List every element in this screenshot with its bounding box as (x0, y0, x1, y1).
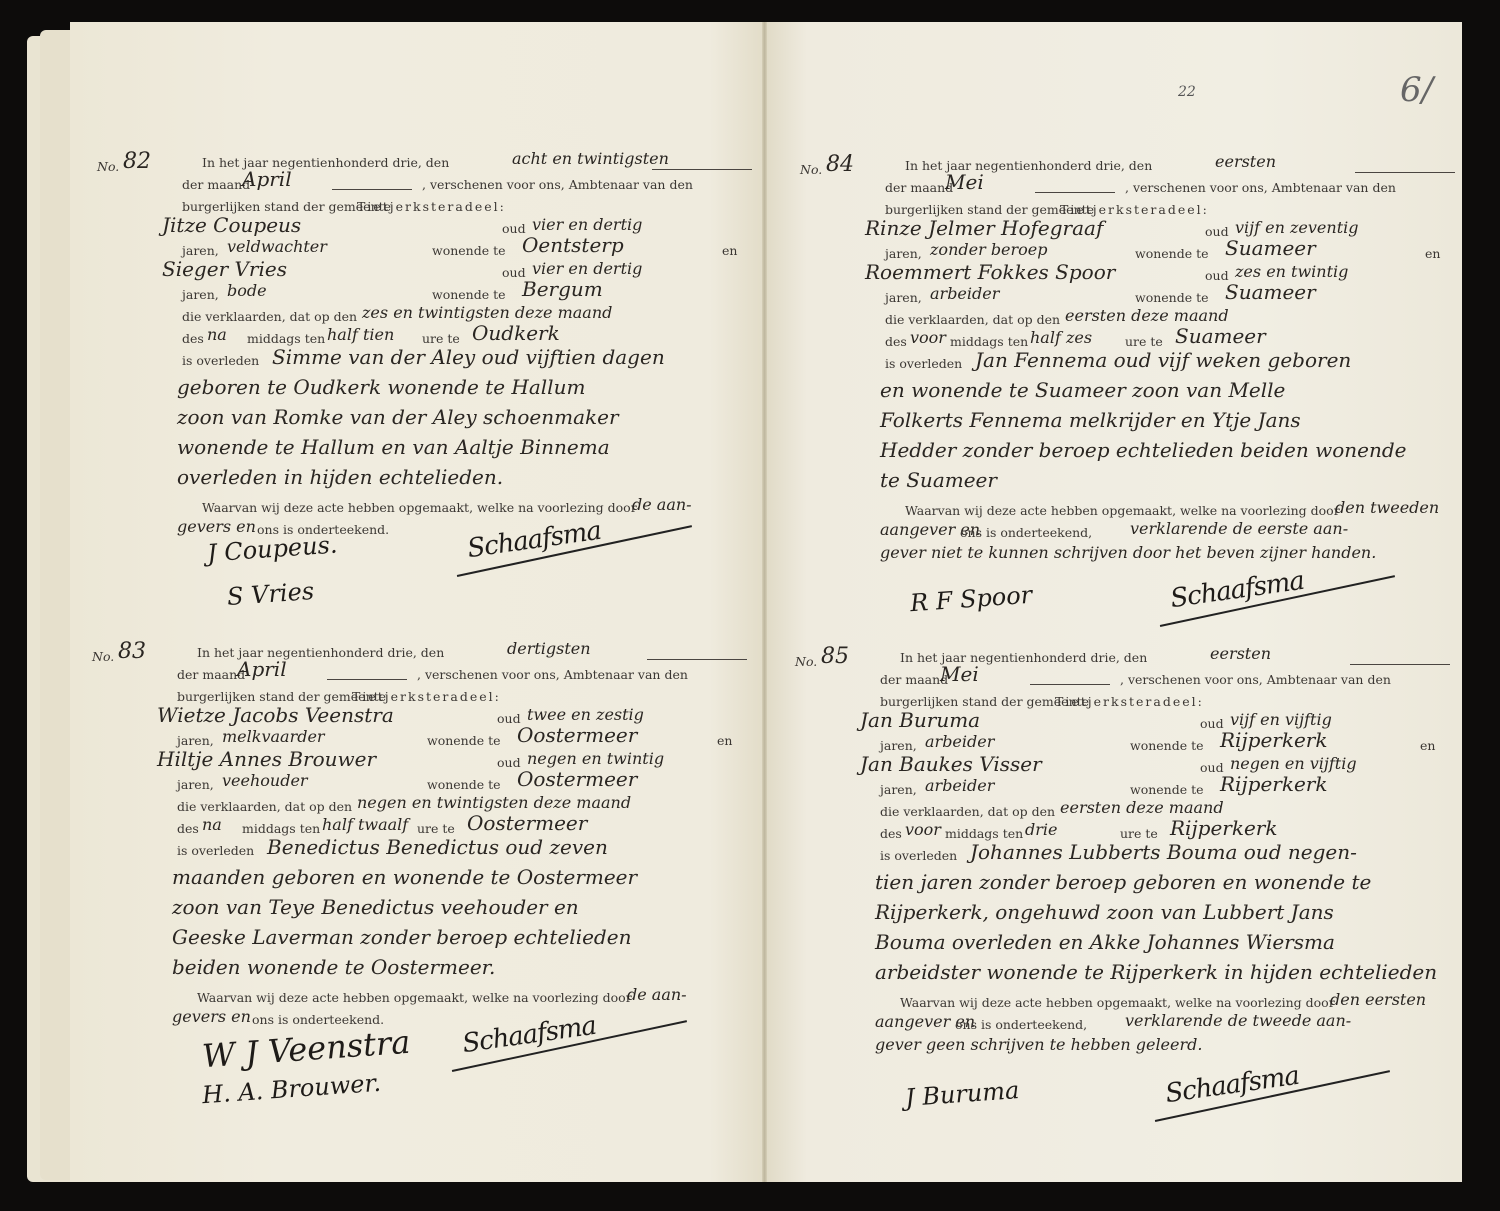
informant2-name: Sieger Vries (162, 257, 287, 281)
closing-extra: gever niet te kunnen schrijven door het … (880, 543, 1376, 562)
deceased-text-line: Hedder zonder beroep echtelieden beiden … (880, 438, 1407, 462)
printed-middags-ten: middags ten (950, 334, 1028, 349)
printed-closing: Waarvan wij deze acte hebben opgemaakt, … (900, 995, 1335, 1010)
printed-line2a: der maand (182, 177, 250, 192)
entry-month: April (242, 167, 292, 191)
municipality-name: Tietjerksteradeel: (352, 689, 501, 704)
printed-line2b: , verschenen voor ons, Ambtenaar van den (1120, 672, 1391, 687)
closing-hand-a: den tweeden (1335, 498, 1439, 517)
closing-extra: verklarende de tweede aan- (1125, 1011, 1351, 1030)
printed-wonende-te: wonende te (1130, 738, 1204, 753)
printed-is-overleden: is overleden (880, 848, 957, 863)
am-pm: na (207, 325, 227, 344)
municipality-name: Tietjerksteradeel: (1060, 202, 1209, 217)
printed-verklaarden: die verklaarden, dat op den (177, 799, 352, 814)
right-edge-shadow (1462, 0, 1500, 1211)
printed-ure-te: ure te (422, 331, 460, 346)
printed-des: des (177, 821, 199, 836)
printed-line2a: der maand (885, 180, 953, 195)
entry-day: eersten (1210, 644, 1271, 663)
informant1-name: Wietze Jacobs Veenstra (157, 703, 394, 727)
register-entry: No.82In het jaar negentienhonderd drie, … (97, 155, 737, 575)
entry-month: April (237, 657, 287, 681)
fill-line (332, 189, 412, 190)
deceased-text-line: zoon van Teye Benedictus veehouder en (172, 895, 579, 919)
printed-closing-2: ons is onderteekend, (960, 525, 1092, 540)
entry-day: dertigsten (507, 639, 591, 658)
printed-wonende-te: wonende te (427, 733, 501, 748)
deceased-text-line: geboren te Oudkerk wonende te Hallum (177, 375, 585, 399)
informant2-age: negen en twintig (527, 749, 664, 768)
printed-line2b: , verschenen voor ons, Ambtenaar van den (422, 177, 693, 192)
informant1-name: Jitze Coupeus (162, 213, 301, 237)
deceased-text-line: te Suameer (880, 468, 997, 492)
deceased-text-line: Benedictus Benedictus oud zeven (267, 835, 608, 859)
printed-en: en (1420, 738, 1435, 753)
printed-verklaarden: die verklaarden, dat op den (182, 309, 357, 324)
printed-is-overleden: is overleden (177, 843, 254, 858)
printed-line1: In het jaar negentienhonderd drie, den (202, 155, 449, 170)
printed-middags-ten: middags ten (945, 826, 1023, 841)
informant2-occupation: arbeider (930, 284, 999, 303)
printed-line2a: der maand (177, 667, 245, 682)
death-place: Oostermeer (467, 811, 587, 835)
printed-line2a: der maand (880, 672, 948, 687)
deceased-text-line: tien jaren zonder beroep geboren en wone… (875, 870, 1371, 894)
printed-jaren: jaren, (177, 733, 214, 748)
printed-en: en (722, 243, 737, 258)
printed-wonende-te: wonende te (1135, 290, 1209, 305)
closing-extra: verklarende de eerste aan- (1130, 519, 1348, 538)
printed-jaren: jaren, (182, 287, 219, 302)
deceased-text-line: overleden in hijden echtelieden. (177, 465, 503, 489)
printed-middags-ten: middags ten (247, 331, 325, 346)
printed-wonende-te: wonende te (432, 287, 506, 302)
printed-des: des (885, 334, 907, 349)
printed-jaren: jaren, (885, 290, 922, 305)
death-time: half zes (1030, 328, 1092, 347)
deceased-text-line: en wonende te Suameer zoon van Melle (880, 378, 1285, 402)
closing-hand-a: den eersten (1330, 990, 1426, 1009)
deceased-text-line: arbeidster wonende te Rijperkerk in hijd… (875, 960, 1437, 984)
death-time: half tien (327, 325, 394, 344)
fill-line (1035, 192, 1115, 193)
deceased-text-line: beiden wonende te Oostermeer. (172, 955, 495, 979)
informant2-occupation: veehouder (222, 771, 308, 790)
death-place: Rijperkerk (1170, 816, 1278, 840)
printed-is-overleden: is overleden (182, 353, 259, 368)
printed-closing-2: ons is onderteekend, (955, 1017, 1087, 1032)
entry-no-label: No. (97, 159, 119, 174)
death-day: eersten deze maand (1060, 798, 1224, 817)
deceased-text-line: maanden geboren en wonende te Oostermeer (172, 865, 637, 889)
printed-line2b: , verschenen voor ons, Ambtenaar van den (417, 667, 688, 682)
entry-day: eersten (1215, 152, 1276, 171)
fill-line (652, 169, 752, 170)
printed-line1: In het jaar negentienhonderd drie, den (197, 645, 444, 660)
informant1-occupation: arbeider (925, 732, 994, 751)
printed-verklaarden: die verklaarden, dat op den (885, 312, 1060, 327)
informant2-residence: Bergum (522, 277, 603, 301)
informant1-occupation: melkvaarder (222, 727, 325, 746)
book-gutter (762, 22, 767, 1182)
closing-hand-a: de aan- (627, 985, 687, 1004)
closing-hand-b: gevers en (177, 517, 256, 536)
fill-line (1355, 172, 1455, 173)
informant1-name: Jan Buruma (860, 708, 980, 732)
entry-day: acht en twintigsten (512, 149, 669, 168)
fill-line (1350, 664, 1450, 665)
deceased-text-line: Folkerts Fennema melkrijder en Ytje Jans (880, 408, 1301, 432)
entry-no-label: No. (795, 654, 817, 669)
deceased-text-line: Jan Fennema oud vijf weken geboren (975, 348, 1351, 372)
printed-verklaarden: die verklaarden, dat op den (880, 804, 1055, 819)
informant1-residence: Oentsterp (522, 233, 624, 257)
fill-line (647, 659, 747, 660)
informant1-age: vijf en vijftig (1230, 710, 1332, 729)
printed-closing: Waarvan wij deze acte hebben opgemaakt, … (197, 990, 632, 1005)
closing-hand-b: gevers en (172, 1007, 251, 1026)
informant2-residence: Oostermeer (517, 767, 637, 791)
printed-wonende-te: wonende te (1135, 246, 1209, 261)
deceased-text-line: Geeske Laverman zonder beroep echteliede… (172, 925, 631, 949)
death-place: Oudkerk (472, 321, 560, 345)
printed-closing-2: ons is onderteekend. (252, 1012, 384, 1027)
am-pm: na (202, 815, 222, 834)
informant2-residence: Suameer (1225, 280, 1316, 304)
death-day: eersten deze maand (1065, 306, 1229, 325)
entry-month: Mei (945, 170, 984, 194)
deceased-text-line: Johannes Lubberts Bouma oud negen- (970, 840, 1357, 864)
printed-wonende-te: wonende te (1130, 782, 1204, 797)
entry-number: 84 (826, 152, 854, 177)
printed-wonende-te: wonende te (427, 777, 501, 792)
am-pm: voor (910, 328, 946, 347)
informant2-residence: Rijperkerk (1220, 772, 1328, 796)
entry-month: Mei (940, 662, 979, 686)
municipality-name: Tietjerksteradeel: (357, 199, 506, 214)
printed-ure-te: ure te (417, 821, 455, 836)
deceased-text-line: zoon van Romke van der Aley schoenmaker (177, 405, 619, 429)
register-entry: No.84In het jaar negentienhonderd drie, … (800, 158, 1440, 578)
informant2-age: zes en twintig (1235, 262, 1348, 281)
am-pm: voor (905, 820, 941, 839)
deceased-text-line: Simme van der Aley oud vijftien dagen (272, 345, 665, 369)
printed-line1: In het jaar negentienhonderd drie, den (900, 650, 1147, 665)
entry-number: 82 (123, 149, 151, 174)
fill-line (327, 679, 407, 680)
informant2-name: Jan Baukes Visser (860, 752, 1042, 776)
printed-jaren: jaren, (182, 243, 219, 258)
printed-ure-te: ure te (1125, 334, 1163, 349)
closing-extra: gever geen schrijven te hebben geleerd. (875, 1035, 1202, 1054)
printed-ure-te: ure te (1120, 826, 1158, 841)
page-number: 22 (1178, 84, 1196, 100)
printed-closing: Waarvan wij deze acte hebben opgemaakt, … (905, 503, 1340, 518)
informant1-residence: Suameer (1225, 236, 1316, 260)
informant1-occupation: veldwachter (227, 237, 327, 256)
fill-line (1030, 684, 1110, 685)
printed-line1: In het jaar negentienhonderd drie, den (905, 158, 1152, 173)
printed-jaren: jaren, (885, 246, 922, 261)
register-entry: No.83In het jaar negentienhonderd drie, … (92, 645, 732, 1065)
printed-jaren: jaren, (880, 738, 917, 753)
death-day: zes en twintigsten deze maand (362, 303, 612, 322)
printed-line2b: , verschenen voor ons, Ambtenaar van den (1125, 180, 1396, 195)
entry-no-label: No. (92, 649, 114, 664)
printed-middags-ten: middags ten (242, 821, 320, 836)
printed-is-overleden: is overleden (885, 356, 962, 371)
informant2-age: negen en vijftig (1230, 754, 1357, 773)
informant1-name: Rinze Jelmer Hofegraaf (865, 216, 1103, 240)
printed-wonende-te: wonende te (432, 243, 506, 258)
register-entry: No.85In het jaar negentienhonderd drie, … (795, 650, 1435, 1070)
printed-en: en (1425, 246, 1440, 261)
printed-closing: Waarvan wij deze acte hebben opgemaakt, … (202, 500, 637, 515)
printed-jaren: jaren, (177, 777, 214, 792)
entry-no-label: No. (800, 162, 822, 177)
informant2-occupation: arbeider (925, 776, 994, 795)
informant1-residence: Rijperkerk (1220, 728, 1328, 752)
margin-mark: 6/ (1400, 70, 1433, 110)
municipality-name: Tietjerksteradeel: (1055, 694, 1204, 709)
deceased-text-line: Rijperkerk, ongehuwd zoon van Lubbert Ja… (875, 900, 1334, 924)
informant1-age: vier en dertig (532, 215, 642, 234)
informant1-age: vijf en zeventig (1235, 218, 1358, 237)
printed-jaren: jaren, (880, 782, 917, 797)
informant2-occupation: bode (227, 281, 267, 300)
entry-number: 85 (821, 644, 849, 669)
deceased-text-line: Bouma overleden en Akke Johannes Wiersma (875, 930, 1335, 954)
informant1-residence: Oostermeer (517, 723, 637, 747)
informant2-name: Hiltje Annes Brouwer (157, 747, 376, 771)
printed-en: en (717, 733, 732, 748)
informant2-name: Roemmert Fokkes Spoor (865, 260, 1115, 284)
death-time: half twaalf (322, 815, 408, 834)
death-time: drie (1025, 820, 1057, 839)
closing-hand-a: de aan- (632, 495, 692, 514)
informant1-age: twee en zestig (527, 705, 644, 724)
printed-des: des (880, 826, 902, 841)
informant1-occupation: zonder beroep (930, 240, 1048, 259)
printed-des: des (182, 331, 204, 346)
deceased-text-line: wonende te Hallum en van Aaltje Binnema (177, 435, 610, 459)
death-day: negen en twintigsten deze maand (357, 793, 631, 812)
entry-number: 83 (118, 639, 146, 664)
death-place: Suameer (1175, 324, 1266, 348)
informant2-age: vier en dertig (532, 259, 642, 278)
